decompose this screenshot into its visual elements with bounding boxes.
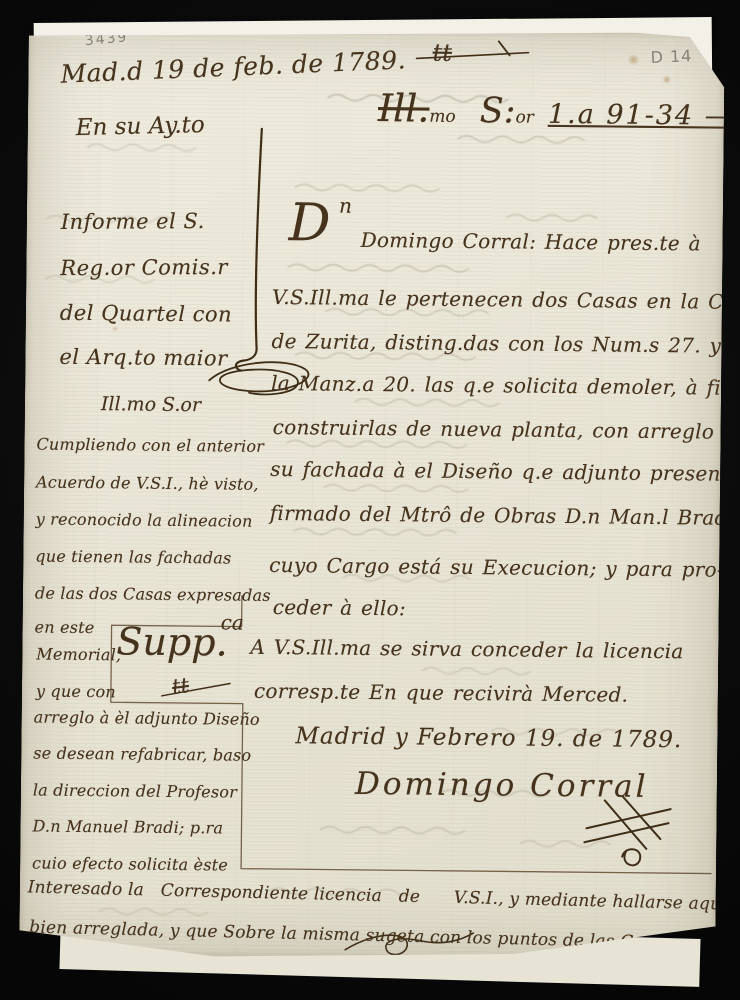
rubric-line: [604, 800, 647, 848]
report-line: Memorial,: [36, 644, 121, 664]
petition-dateline: Madrid y Febrero 19. de 1789.: [295, 723, 682, 753]
supplica-superscript: ca: [221, 610, 244, 634]
petition-initial: D: [289, 193, 331, 253]
manuscript-page: 3439 D 14 Mad.d 19 de feb. de 1789. En s…: [19, 26, 725, 961]
margin-informe-line: del Quartel con: [60, 301, 232, 327]
archival-reference: 1.a 91-34 —: [548, 99, 734, 132]
tt-abbreviation-mark: tt: [432, 39, 452, 67]
petition-line: construirlas de nueva planta, con arregl…: [273, 415, 736, 444]
foxing-stain: [112, 325, 119, 332]
illmo-abbreviation: Ill.: [378, 86, 430, 131]
petition-closing-line: A V.S.Ill.ma se sirva conceder la licenc…: [250, 635, 683, 664]
supplica-tt-mark: tt: [171, 673, 191, 699]
report-line: se desean refabricar, baso: [33, 743, 251, 764]
report-line: de las dos Casas expresadas: [35, 583, 271, 604]
petition-line: cuyo Cargo está su Execucion; y para pro…: [269, 553, 724, 582]
senor-abbreviation: S:: [480, 91, 516, 131]
petition-line: ceder à ello:: [273, 595, 406, 620]
illmo-superscript: mo: [429, 107, 456, 127]
petition-line: Domingo Corral: Hace pres.te à: [361, 228, 701, 256]
report-salutation: Ill.mo S.or: [101, 393, 201, 416]
margin-informe-line: Reg.or Comis.r: [60, 255, 228, 280]
report-line: que tienen las fachadas: [35, 546, 231, 567]
report-line: cuio efecto solicita èste: [32, 853, 228, 874]
signature-rubric: [584, 796, 671, 865]
report-line: y reconocido la alineacion: [36, 509, 253, 530]
rubric-loop: [622, 849, 640, 865]
folio-mark-pencil: D 14: [650, 46, 693, 67]
petition-signature: Domingo Corral: [355, 766, 649, 805]
report-line: arreglo à èl adjunto Diseño: [34, 707, 260, 728]
petition-line: su fachada à el Diseño q.e adjunto prese…: [270, 457, 740, 486]
report-line: Cumpliendo con el anterior: [36, 434, 264, 455]
senor-superscript: or: [515, 107, 534, 127]
endorsement-decree: En su Ay.to: [76, 112, 205, 141]
photo-background: 3439 D 14 Mad.d 19 de feb. de 1789. En s…: [0, 0, 740, 1000]
report-line: la direccion del Profesor: [33, 780, 237, 801]
margin-informe-line: Informe el S.: [61, 209, 205, 234]
salutation-header: Ill.mo S:or 1.a 91-34 —: [378, 86, 734, 134]
report-line: D.n Manuel Bradi; p.ra: [32, 816, 223, 837]
report-line: Acuerdo de V.S.I., hè visto,: [36, 472, 259, 493]
petition-initial-superscript: n: [339, 194, 352, 218]
supplica-word: Supp.: [116, 619, 228, 664]
report-line: y que con: [36, 681, 116, 701]
foxing-stain: [627, 55, 641, 65]
petition-line: V.S.Ill.ma le pertenecen dos Casas en la…: [272, 285, 740, 314]
margin-bracket-stroke: [236, 129, 262, 371]
foxing-stain: [662, 75, 671, 84]
report-line: en este: [34, 617, 94, 637]
margin-informe-line: el Arq.to maior: [59, 345, 227, 371]
petition-closing-line: corresp.te En que recivirà Merced.: [254, 679, 629, 707]
